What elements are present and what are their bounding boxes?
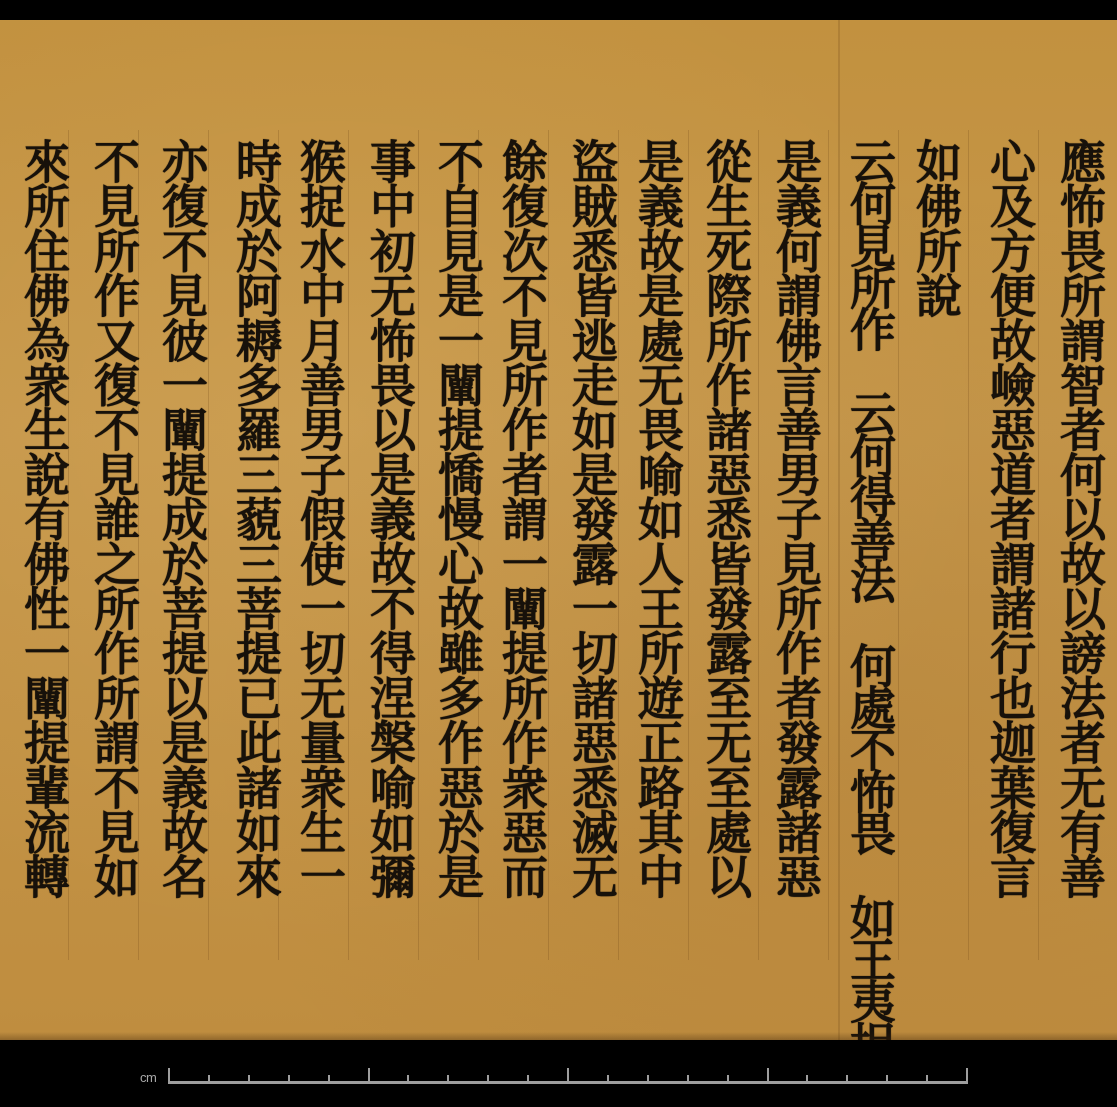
manuscript-paper: 應怖畏所謂智者何以故以謗法者无有善 心及方便故嶮惡道者謂諸行也迦葉復言 如佛所說… [0, 20, 1117, 1040]
scale-tick [806, 1075, 808, 1084]
text-column-14: 亦復不見彼一闡提成於菩提以是義故名 [152, 138, 212, 898]
scale-tick [248, 1075, 250, 1084]
scale-tick [727, 1075, 729, 1084]
column-rule [828, 130, 829, 960]
scale-tick [767, 1068, 769, 1084]
top-black-border [0, 0, 1117, 20]
scale-tick [407, 1075, 409, 1084]
scale-tick [886, 1075, 888, 1084]
scale-bar-area: cm [0, 1040, 1117, 1107]
text-column-15: 不見所作又復不見誰之所作所謂不見如 [84, 138, 144, 898]
centimeter-scale-bar [168, 1067, 968, 1084]
text-column-7: 是義故是處无畏喻如人王所遊正路其中 [628, 138, 688, 898]
scale-tick [607, 1075, 609, 1084]
scale-tick [926, 1075, 928, 1084]
text-column-16: 來所住佛為衆生說有佛性一闡提輩流轉 [14, 138, 74, 898]
text-column-2: 心及方便故嶮惡道者謂諸行也迦葉復言 [980, 138, 1040, 898]
text-column-10: 不自見是一闡提憍慢心故雖多作惡於是 [428, 138, 488, 898]
column-rule [758, 130, 759, 960]
scale-tick [368, 1068, 370, 1084]
scale-tick [647, 1075, 649, 1084]
scale-tick [527, 1075, 529, 1084]
text-column-3: 如佛所說 [906, 138, 966, 317]
scale-tick [168, 1068, 170, 1084]
scale-tick [447, 1075, 449, 1084]
column-rule [688, 130, 689, 960]
text-column-8: 盜賊悉皆逃走如是發露一切諸惡悉滅无 [562, 138, 622, 898]
scale-tick [846, 1075, 848, 1084]
scale-tick [208, 1075, 210, 1084]
text-column-4: 云何見所作 云何得善法 何處不怖畏 如王夷坦道 [840, 138, 900, 1104]
scale-tick [567, 1068, 569, 1084]
scale-tick [487, 1075, 489, 1084]
text-column-12: 猴捉水中月善男子假使一切无量衆生一 [290, 138, 350, 898]
column-rule [968, 130, 969, 960]
scale-tick [328, 1075, 330, 1084]
scale-unit-label: cm [140, 1070, 156, 1085]
text-column-13: 時成於阿耨多羅三藐三菩提已此諸如來 [226, 138, 286, 898]
text-column-9: 餘復次不見所作者謂一闡提所作衆惡而 [492, 138, 552, 898]
scale-tick [966, 1068, 968, 1084]
text-column-5: 是義何謂佛言善男子見所作者發露諸惡 [766, 138, 826, 898]
scale-tick [288, 1075, 290, 1084]
scale-tick [687, 1075, 689, 1084]
text-column-1: 應怖畏所謂智者何以故以謗法者无有善 [1050, 138, 1110, 898]
text-column-6: 從生死際所作諸惡悉皆發露至无至處以 [696, 138, 756, 898]
text-column-11: 事中初无怖畏以是義故不得涅槃喻如彌 [360, 138, 420, 898]
